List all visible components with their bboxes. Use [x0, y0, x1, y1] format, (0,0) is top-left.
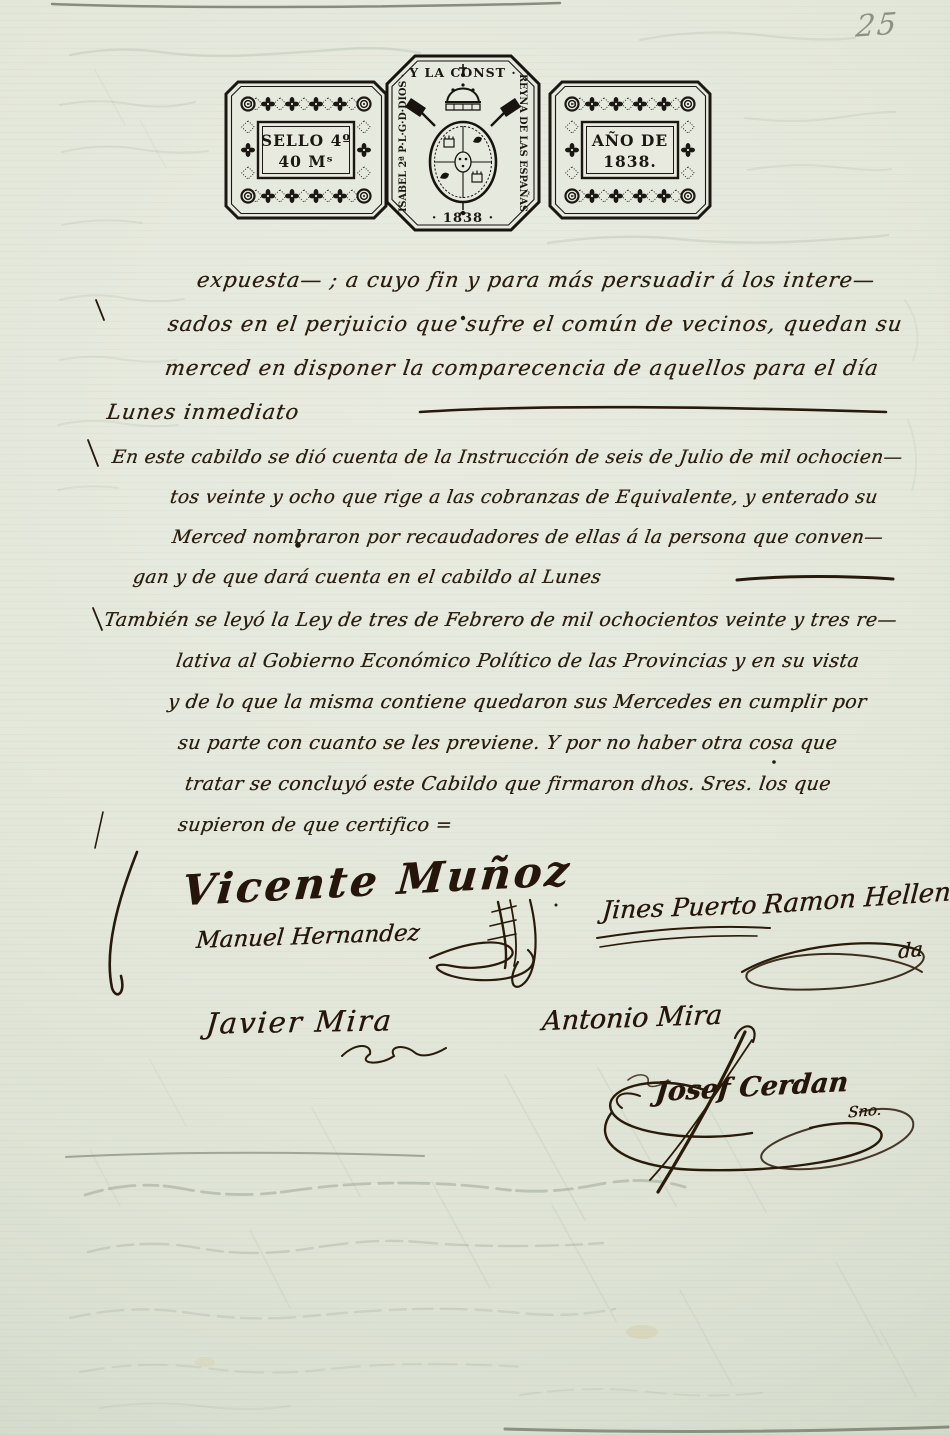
manuscript-line: tos veinte y ocho que rige a las cobranz… — [167, 478, 950, 518]
signature-rubric — [110, 852, 137, 994]
signature-jines-puerto: Jines Puerto — [601, 890, 757, 924]
manuscript-line: expuesta— ; a cuyo fin y para más persua… — [194, 258, 950, 302]
paragraph-1: expuesta— ; a cuyo fin y para más persua… — [0, 258, 950, 434]
paragraph-2: En este cabildo se dió cuenta de la Inst… — [0, 438, 950, 598]
stamp-center-emblem: Y LA CONST · · 1838 · ISABEL 2ª P·L·G·D·… — [387, 56, 539, 230]
signature-rubric — [742, 943, 924, 989]
signature-rubric — [342, 1046, 446, 1063]
manuscript-line: Lunes inmediato — [104, 390, 950, 434]
manuscript-text: expuesta— ; a cuyo fin y para más persua… — [0, 258, 950, 846]
manuscript-line: lativa al Gobierno Económico Político de… — [173, 641, 950, 682]
signature-ramon-hellen: Ramon Hellen — [762, 877, 950, 920]
manuscript-line: supieron de que certifico = — [175, 805, 950, 846]
signature-rubric — [597, 927, 770, 947]
manuscript-line: sados en el perjuicio que sufre el común… — [165, 302, 950, 346]
manuscript-line: tratar se concluyó este Cabildo que firm… — [182, 764, 950, 805]
signature-cerdan-title: Sno. — [848, 1100, 882, 1121]
manuscript-line: En este cabildo se dió cuenta de la Inst… — [109, 438, 950, 478]
signature-josef-cerdan: Josef Cerdan — [653, 1067, 849, 1108]
manuscript-line: su parte con cuanto se les previene. Y p… — [175, 723, 950, 764]
stamp-inscription-left: ISABEL 2ª P·L·G·D·DIOS · — [398, 74, 409, 212]
stamp-left-panel: SELLO 4º 40 Mˢ — [226, 82, 386, 218]
ink-rule-faint — [66, 1153, 424, 1157]
revenue-stamp: SELLO 4º 40 Mˢ AÑO DE 1838. Y LA — [222, 50, 714, 236]
stamp-sello-class: SELLO 4º — [261, 131, 351, 150]
signature-antonio-mira: Antonio Mira — [541, 1000, 723, 1037]
page-edge-bottom — [505, 1427, 948, 1431]
manuscript-line: gan y de que dará cuenta en el cabildo a… — [130, 558, 950, 598]
manuscript-line: y de lo que la misma contiene quedaron s… — [165, 682, 950, 723]
paragraph-3: También se leyó la Ley de tres de Febrer… — [0, 600, 950, 846]
paper-stain — [195, 1357, 215, 1367]
stamp-year-value: 1838. — [603, 152, 657, 171]
document-page: 25 — [0, 0, 950, 1435]
manuscript-line: Merced nombraron por recaudadores de ell… — [169, 518, 950, 558]
folio-number: 25 — [854, 6, 900, 44]
manuscript-line: merced en disponer la comparecencia de a… — [162, 346, 950, 390]
stamp-year-label: AÑO DE — [591, 131, 668, 150]
stamp-right-panel: AÑO DE 1838. — [550, 82, 710, 218]
stamp-sello-value: 40 Mˢ — [278, 152, 333, 171]
signature-vicente-munoz: Vicente Muñoz — [180, 846, 574, 916]
signature-ramon-suffix: da — [898, 937, 923, 964]
manuscript-line: También se leyó la Ley de tres de Febrer… — [101, 600, 950, 641]
signature-rubric — [430, 900, 536, 987]
paper-stain — [626, 1325, 658, 1339]
page-edge-top — [52, 3, 560, 7]
stamp-inscription-right: REYNA DE LAS ESPAÑAS — [517, 74, 529, 212]
signature-manuel-hernandez: Manuel Hernandez — [195, 920, 421, 954]
signature-javier-mira: Javier Mira — [205, 1003, 395, 1040]
